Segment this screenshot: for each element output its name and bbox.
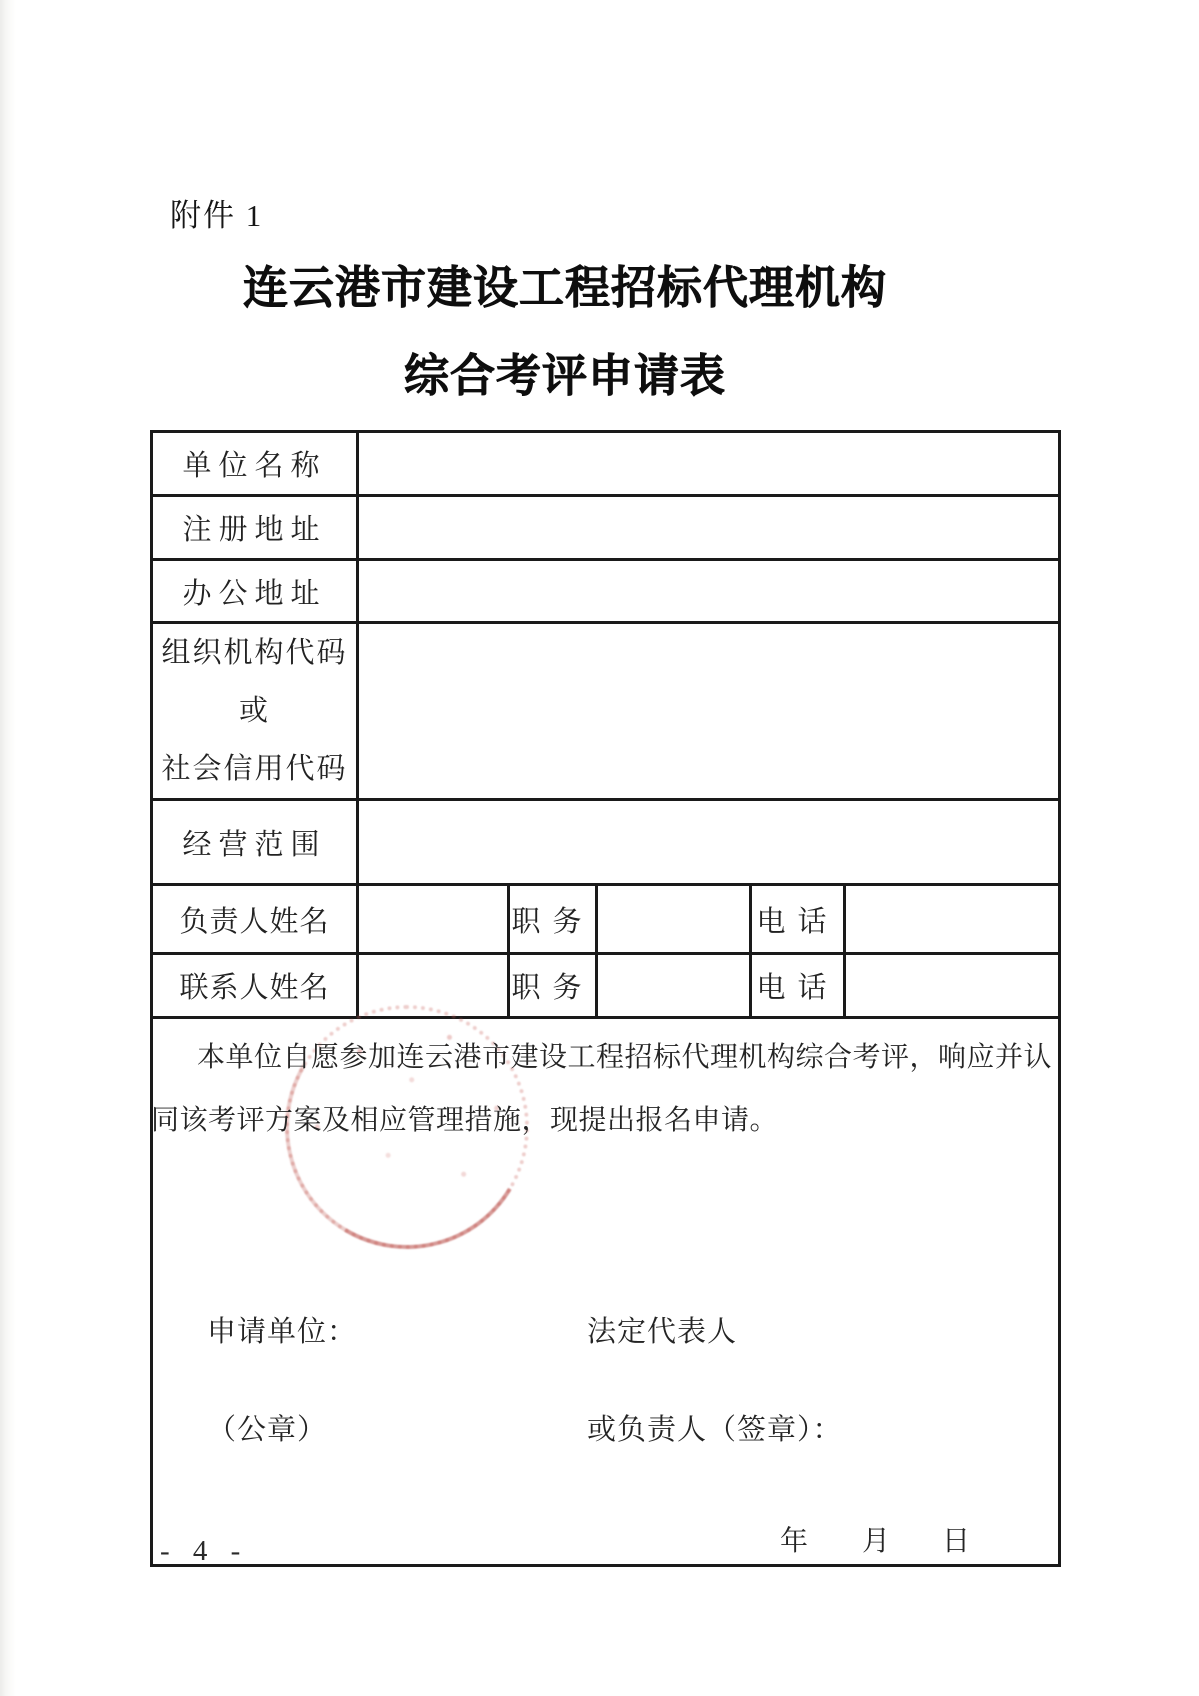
responsible-person-phone-label: 电话: [751, 885, 845, 954]
row-unit-name: 单位名称: [152, 432, 1060, 496]
scanned-document-page: 附件 1 连云港市建设工程招标代理机构 综合考评申请表 单位名称 注册地址 办公…: [0, 0, 1199, 1696]
declaration-text-line2: 同该考评方案及相应管理措施，现提出报名申请。: [151, 1098, 778, 1138]
responsible-person-name-label: 负责人姓名: [152, 885, 358, 954]
responsible-person-duty-value-cell: [597, 885, 751, 954]
responsible-person-duty-label: 职务: [509, 885, 597, 954]
document-title-line2: 综合考评申请表: [150, 350, 980, 402]
org-code-label: 组织机构代码或 社会信用代码: [152, 623, 358, 800]
attachment-label: 附件 1: [170, 190, 263, 235]
office-address-value-cell: [358, 560, 1060, 623]
row-business-scope: 经营范围: [152, 800, 1060, 885]
application-form-table: 单位名称 注册地址 办公地址 组织机构代码或 社会信用代码 经营范围: [150, 430, 1061, 1567]
contact-person-name-value-cell: [358, 954, 509, 1018]
or-responsible-signature-label: 或负责人（签章）：: [587, 1407, 843, 1448]
office-address-label: 办公地址: [152, 560, 358, 623]
contact-person-duty-value-cell: [597, 954, 751, 1018]
org-code-label-line1: 组织机构代码或: [161, 637, 347, 727]
org-code-value-cell: [358, 623, 1060, 800]
legal-representative-label: 法定代表人: [587, 1309, 737, 1350]
page-number: - 4 -: [160, 1535, 248, 1568]
contact-person-phone-value-cell: [845, 954, 1060, 1018]
unit-name-label: 单位名称: [152, 432, 358, 496]
responsible-person-phone-value-cell: [845, 885, 1060, 954]
document-title: 连云港市建设工程招标代理机构 综合考评申请表: [150, 262, 980, 402]
official-seal-label: （公章）: [207, 1407, 327, 1448]
row-org-code: 组织机构代码或 社会信用代码: [152, 623, 1060, 800]
row-office-address: 办公地址: [152, 560, 1060, 623]
row-contact-person: 联系人姓名 职务 电话: [152, 954, 1060, 1018]
date-month-label: 月: [862, 1519, 890, 1559]
date-year-label: 年: [780, 1519, 808, 1559]
declaration-text-line1: 本单位自愿参加连云港市建设工程招标代理机构综合考评，响应并认: [197, 1035, 1052, 1075]
row-registered-address: 注册地址: [152, 496, 1060, 560]
contact-person-name-label: 联系人姓名: [152, 954, 358, 1018]
document-title-line1: 连云港市建设工程招标代理机构: [150, 262, 980, 314]
contact-person-phone-label: 电话: [751, 954, 845, 1018]
registered-address-label: 注册地址: [152, 496, 358, 560]
registered-address-value-cell: [358, 496, 1060, 560]
unit-name-value-cell: [358, 432, 1060, 496]
date-day-label: 日: [942, 1519, 970, 1559]
business-scope-label: 经营范围: [152, 800, 358, 885]
org-code-label-line2: 社会信用代码: [161, 753, 347, 785]
business-scope-value-cell: [358, 800, 1060, 885]
row-responsible-person: 负责人姓名 职务 电话: [152, 885, 1060, 954]
contact-person-duty-label: 职务: [509, 954, 597, 1018]
applicant-unit-label: 申请单位：: [207, 1309, 357, 1350]
declaration-cell: 本单位自愿参加连云港市建设工程招标代理机构综合考评，响应并认 同该考评方案及相应…: [152, 1018, 1060, 1566]
responsible-person-name-value-cell: [358, 885, 509, 954]
row-declaration-signature: 本单位自愿参加连云港市建设工程招标代理机构综合考评，响应并认 同该考评方案及相应…: [152, 1018, 1060, 1566]
